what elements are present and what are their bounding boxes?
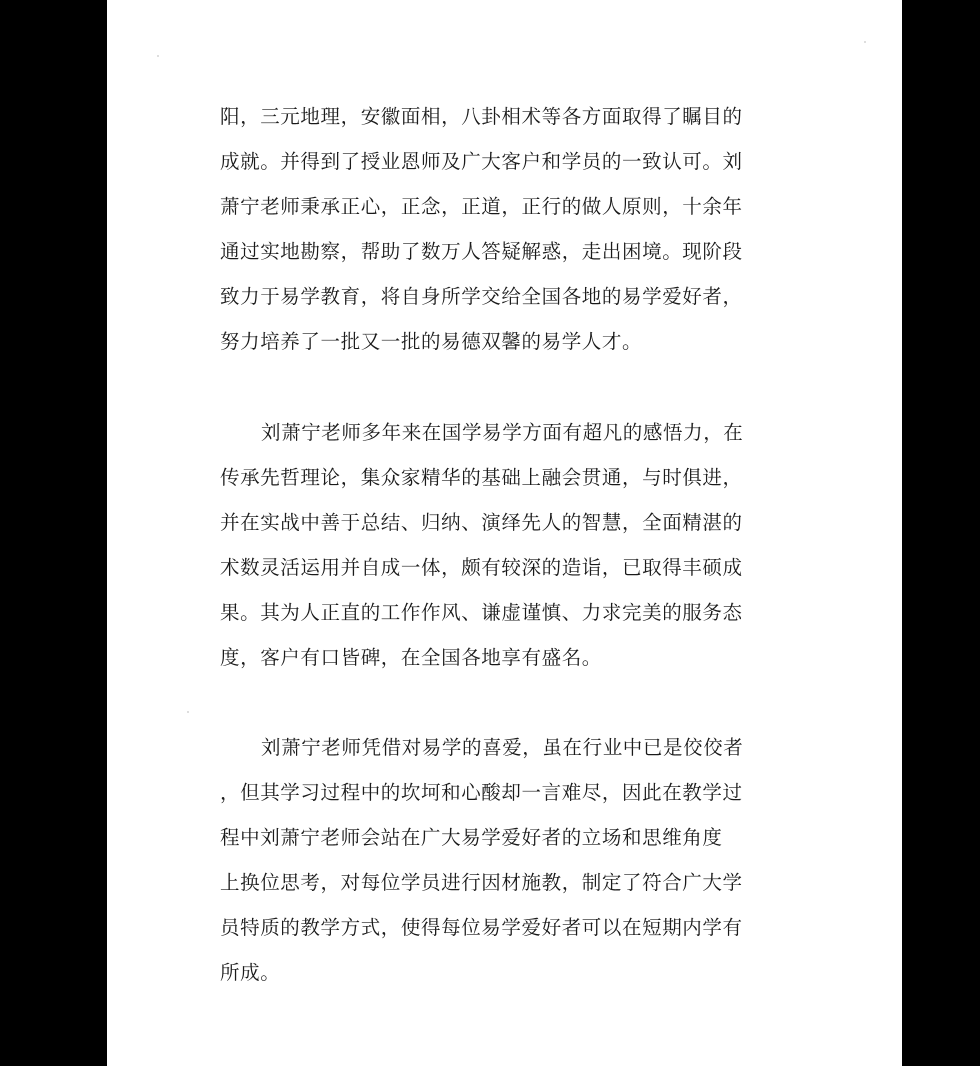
text-line: 通过实地勘察，帮助了数万人答疑解惑，走出困境。现阶段	[220, 238, 743, 266]
text-line: 阳，三元地理，安徽面相，八卦相术等各方面取得了瞩目的	[220, 103, 743, 131]
text-line: 努力培养了一批又一批的易德双馨的易学人才。	[220, 328, 642, 356]
text-line: 萧宁老师秉承正心，正念，正道，正行的做人原则，十余年	[220, 193, 743, 221]
scan-speck	[157, 55, 159, 57]
text-line: 刘萧宁老师凭借对易学的喜爱，虽在行业中已是佼佼者	[261, 734, 743, 762]
scan-speck	[187, 711, 189, 713]
text-line: 度，客户有口皆碑，在全国各地享有盛名。	[220, 644, 602, 672]
text-line: 上换位思考，对每位学员进行因材施教，制定了符合广大学	[220, 869, 743, 897]
text-line: 术数灵活运用并自成一体，颇有较深的造诣，已取得丰硕成	[220, 554, 743, 582]
text-line: 传承先哲理论，集众家精华的基础上融会贯通，与时俱进，	[220, 464, 743, 492]
text-line: 果。其为人正直的工作作风、谦虚谨慎、力求完美的服务态	[220, 599, 743, 627]
text-line: ，但其学习过程中的坎坷和心酸却一言难尽，因此在教学过	[220, 779, 743, 807]
scan-speck	[864, 41, 866, 43]
text-line: 程中刘萧宁老师会站在广大易学爱好者的立场和思维角度	[220, 824, 723, 852]
text-line: 所成。	[220, 959, 280, 987]
text-line: 致力于易学教育，将自身所学交给全国各地的易学爱好者，	[220, 283, 743, 311]
text-line: 员特质的教学方式，使得每位易学爱好者可以在短期内学有	[220, 914, 743, 942]
text-line: 并在实战中善于总结、归纳、演绎先人的智慧，全面精湛的	[220, 509, 743, 537]
document-page: 阳，三元地理，安徽面相，八卦相术等各方面取得了瞩目的 成就。并得到了授业恩师及广…	[107, 0, 902, 1066]
text-line: 刘萧宁老师多年来在国学易学方面有超凡的感悟力，在	[261, 419, 743, 447]
text-line: 成就。并得到了授业恩师及广大客户和学员的一致认可。刘	[220, 148, 743, 176]
